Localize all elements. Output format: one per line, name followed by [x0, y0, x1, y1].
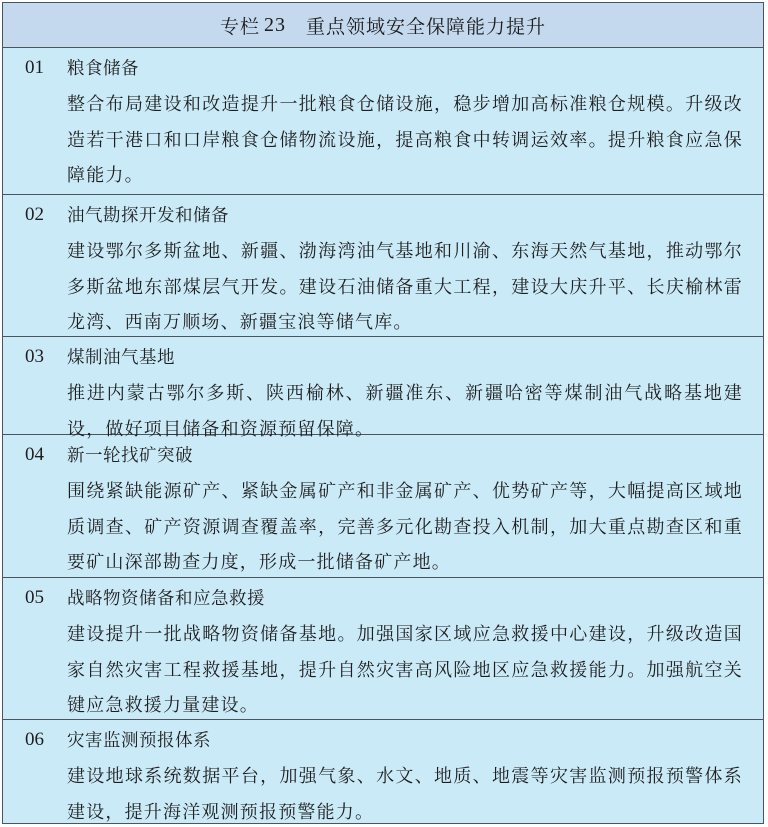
- section-disaster-monitoring: 06 灾害监测预报体系 建设地球系统数据平台，加强气象、水文、地质、地震等灾害监…: [3, 720, 763, 825]
- section-title: 煤制油气基地: [67, 345, 743, 371]
- column-number: 23: [264, 14, 286, 37]
- section-body: 建设鄂尔多斯盆地、新疆、渤海湾油气基地和川渝、东海天然气基地，推动鄂尔多斯盆地东…: [67, 234, 743, 341]
- section-number: 01: [25, 57, 44, 79]
- column-label: 专栏: [220, 12, 260, 39]
- section-title: 粮食储备: [67, 56, 743, 82]
- section-coal-to-oil-gas: 03 煤制油气基地 推进内蒙古鄂尔多斯、陕西榆林、新疆准东、新疆哈密等煤制油气战…: [3, 337, 763, 435]
- section-title: 灾害监测预报体系: [67, 728, 743, 754]
- section-number: 03: [25, 346, 44, 368]
- section-grain-reserve: 01 粮食储备 整合布局建设和改造提升一批粮食仓储设施，稳步增加高标准粮仓规模。…: [3, 48, 763, 195]
- feature-box: 专栏 23 重点领域安全保障能力提升 01 粮食储备 整合布局建设和改造提升一批…: [2, 2, 764, 824]
- section-strategic-reserve: 05 战略物资储备和应急救援 建设提升一批战略物资储备基地。加强国家区域应急救援…: [3, 578, 763, 720]
- box-header: 专栏 23 重点领域安全保障能力提升: [3, 3, 763, 48]
- section-body: 建设地球系统数据平台，加强气象、水文、地质、地震等灾害监测预报预警体系建设，提升…: [67, 759, 743, 827]
- section-number: 04: [25, 444, 44, 466]
- section-oil-gas: 02 油气勘探开发和储备 建设鄂尔多斯盆地、新疆、渤海湾油气基地和川渝、东海天然…: [3, 195, 763, 337]
- section-mineral-prospecting: 04 新一轮找矿突破 围绕紧缺能源矿产、紧缺金属矿产和非金属矿产、优势矿产等，大…: [3, 435, 763, 578]
- section-body: 围绕紧缺能源矿产、紧缺金属矿产和非金属矿产、优势矿产等，大幅提高区域地质调查、矿…: [67, 474, 743, 581]
- section-title: 战略物资储备和应急救援: [67, 586, 743, 612]
- section-number: 02: [25, 204, 44, 226]
- section-body: 建设提升一批战略物资储备基地。加强国家区域应急救援中心建设，升级改造国家自然灾害…: [67, 617, 743, 724]
- section-title: 新一轮找矿突破: [67, 443, 743, 469]
- box-title: 重点领域安全保障能力提升: [306, 12, 546, 39]
- section-body: 整合布局建设和改造提升一批粮食仓储设施，稳步增加高标准粮仓规模。升级改造若干港口…: [67, 87, 743, 194]
- section-number: 05: [25, 587, 44, 609]
- section-number: 06: [25, 729, 44, 751]
- section-title: 油气勘探开发和储备: [67, 203, 743, 229]
